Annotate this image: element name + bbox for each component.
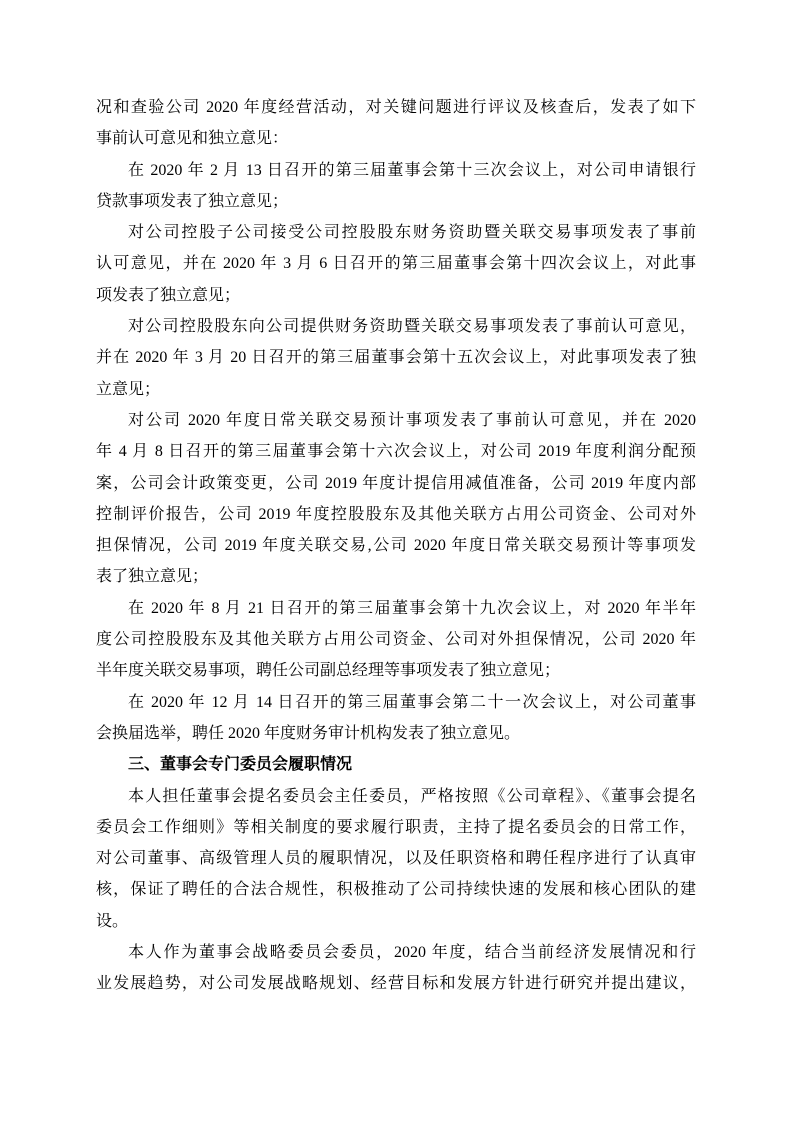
- body-line: 对公司董事、高级管理人员的履职情况，以及任职资格和聘任程序进行了认真审: [96, 843, 696, 874]
- body-line: 在 2020 年 12 月 14 日召开的第三届董事会第二十一次会议上，对公司董…: [96, 687, 696, 718]
- body-line: 在 2020 年 8 月 21 日召开的第三届董事会第十九次会议上，对 2020…: [96, 593, 696, 624]
- body-line: 表了独立意见；: [96, 561, 696, 592]
- body-line: 案，公司会计政策变更，公司 2019 年度计提信用减值准备，公司 2019 年度…: [96, 468, 696, 499]
- body-line: 认可意见，并在 2020 年 3 月 6 日召开的第三届董事会第十四次会议上，对…: [96, 248, 696, 279]
- body-line: 度公司控股股东及其他关联方占用公司资金、公司对外担保情况，公司 2020 年: [96, 624, 696, 655]
- body-line: 在 2020 年 2 月 13 日召开的第三届董事会第十三次会议上，对公司申请银…: [96, 155, 696, 186]
- body-line: 核，保证了聘任的合法合规性，积极推动了公司持续快速的发展和核心团队的建: [96, 874, 696, 905]
- body-line: 年 4 月 8 日召开的第三届董事会第十六次会议上，对公司 2019 年度利润分…: [96, 436, 696, 467]
- body-line: 会换届选举，聘任 2020 年度财务审计机构发表了独立意见。: [96, 718, 696, 749]
- body-line: 立意见；: [96, 374, 696, 405]
- body-line: 委员会工作细则》等相关制度的要求履行职责，主持了提名委员会的日常工作，: [96, 812, 696, 843]
- body-line: 控制评价报告，公司 2019 年度控股股东及其他关联方占用公司资金、公司对外: [96, 499, 696, 530]
- body-line: 对公司控股股东向公司提供财务资助暨关联交易事项发表了事前认可意见，: [96, 311, 696, 342]
- body-line: 业发展趋势，对公司发展战略规划、经营目标和发展方针进行研究并提出建议，: [96, 968, 696, 999]
- section-heading: 三、董事会专门委员会履职情况: [96, 749, 696, 780]
- body-line: 半年度关联交易事项，聘任公司副总经理等事项发表了独立意见；: [96, 655, 696, 686]
- body-line: 况和查验公司 2020 年度经营活动，对关键问题进行评议及核查后，发表了如下: [96, 92, 696, 123]
- body-line: 对公司控股子公司接受公司控股股东财务资助暨关联交易事项发表了事前: [96, 217, 696, 248]
- body-line: 并在 2020 年 3 月 20 日召开的第三届董事会第十五次会议上，对此事项发…: [96, 342, 696, 373]
- body-line: 贷款事项发表了独立意见；: [96, 186, 696, 217]
- body-line: 设。: [96, 906, 696, 937]
- body-line: 担保情况，公司 2019 年度关联交易,公司 2020 年度日常关联交易预计等事…: [96, 530, 696, 561]
- document-body: 况和查验公司 2020 年度经营活动，对关键问题进行评议及核查后，发表了如下 事…: [96, 92, 696, 1000]
- body-line: 本人担任董事会提名委员会主任委员，严格按照《公司章程》、《董事会提名: [96, 781, 696, 812]
- body-line: 对公司 2020 年度日常关联交易预计事项发表了事前认可意见，并在 2020: [96, 405, 696, 436]
- document-page: 况和查验公司 2020 年度经营活动，对关键问题进行评议及核查后，发表了如下 事…: [0, 0, 793, 1122]
- body-line: 本人作为董事会战略委员会委员，2020 年度，结合当前经济发展情况和行: [96, 937, 696, 968]
- body-line: 事前认可意见和独立意见：: [96, 123, 696, 154]
- body-line: 项发表了独立意见；: [96, 280, 696, 311]
